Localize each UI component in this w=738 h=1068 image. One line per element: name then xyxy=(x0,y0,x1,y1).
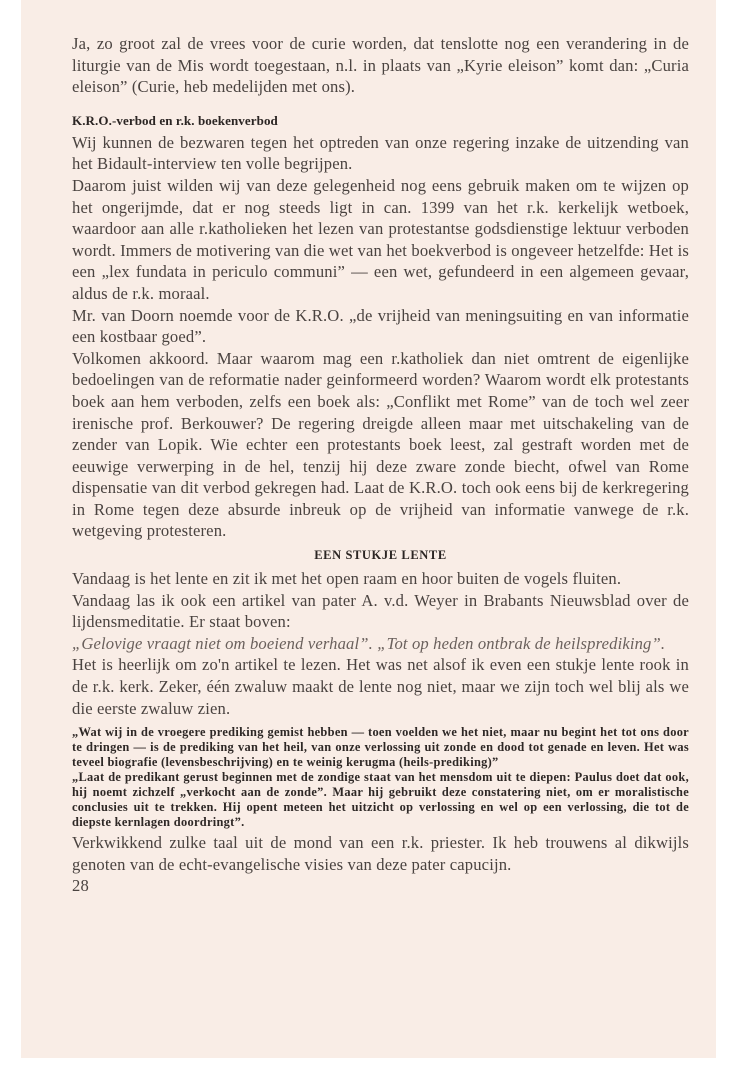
document-page: Ja, zo groot zal de vrees voor de curie … xyxy=(21,0,716,1058)
page-number: 28 xyxy=(72,875,689,897)
paragraph: Wij kunnen de bezwaren tegen het optrede… xyxy=(72,132,689,175)
paragraph: Het is heerlijk om zo'n artikel te lezen… xyxy=(72,654,689,719)
closing-paragraph: Verkwikkend zulke taal uit de mond van e… xyxy=(72,832,689,875)
intro-paragraph: Ja, zo groot zal de vrees voor de curie … xyxy=(72,33,689,98)
paragraph: Vandaag las ik ook een artikel van pater… xyxy=(72,590,689,633)
page-text-body: Ja, zo groot zal de vrees voor de curie … xyxy=(72,33,689,897)
bold-quote-block: „Wat wij in de vroegere prediking gemist… xyxy=(72,725,689,830)
italic-quote: „Gelovige vraagt niet om boeiend verhaal… xyxy=(72,633,689,655)
paragraph: Volkomen akkoord. Maar waarom mag een r.… xyxy=(72,348,689,542)
paragraph: Vandaag is het lente en zit ik met het o… xyxy=(72,568,689,590)
bold-quote: „Laat de predikant gerust beginnen met d… xyxy=(72,770,689,830)
section-title-een-stukje-lente: EEN STUKJE LENTE xyxy=(72,546,689,564)
bold-quote: „Wat wij in de vroegere prediking gemist… xyxy=(72,725,689,770)
paragraph: Daarom juist wilden wij van deze gelegen… xyxy=(72,175,689,305)
subheading-kro-verbod: K.R.O.-verbod en r.k. boekenverbod xyxy=(72,112,689,130)
paragraph: Mr. van Doorn noemde voor de K.R.O. „de … xyxy=(72,305,689,348)
